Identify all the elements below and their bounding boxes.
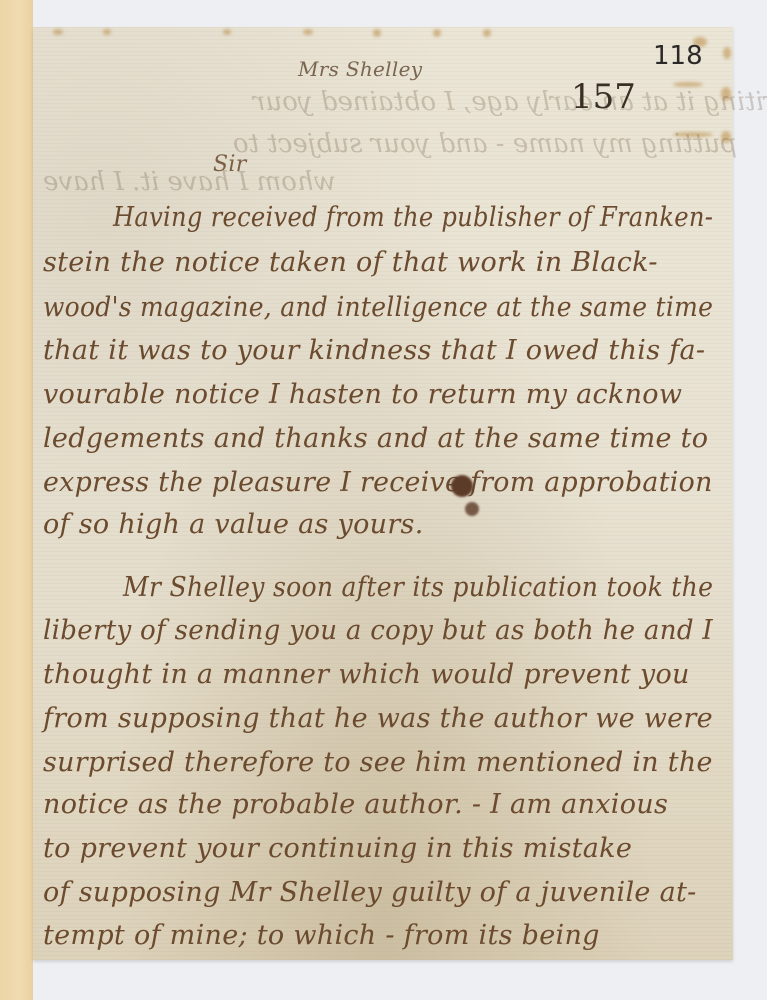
ink-blot xyxy=(465,502,479,516)
mount-strip xyxy=(0,0,33,1000)
foxing-spot xyxy=(483,29,491,37)
letter-line: Having received from the publisher of Fr… xyxy=(113,202,713,233)
foxing-spot xyxy=(433,29,441,37)
bleed-through-line: whom I have it. I have xyxy=(43,167,336,197)
letter-line: Mr Shelley soon after its publication to… xyxy=(123,572,713,603)
page-number: 157 xyxy=(571,77,636,117)
letter-line: thought in a manner which would prevent … xyxy=(43,659,690,690)
letter-line: to prevent your continuing in this mista… xyxy=(43,833,632,864)
letter-line: notice as the probable author. - I am an… xyxy=(43,789,668,820)
letter-line: surprised therefore to see him mentioned… xyxy=(43,747,713,778)
header-annotation: Mrs Shelley xyxy=(298,57,422,81)
letter-line: of supposing Mr Shelley guilty of a juve… xyxy=(43,877,697,908)
bleed-through-line: writing it at an early age, I obtained y… xyxy=(253,87,767,117)
letter-line: of so high a value as yours. xyxy=(43,509,424,540)
letter-line: liberty of sending you a copy but as bot… xyxy=(43,615,713,646)
foxing-spot xyxy=(53,29,63,35)
letter-line: vourable notice I hasten to return my ac… xyxy=(43,379,682,410)
manuscript-page: writing it at an early age, I obtained y… xyxy=(33,27,733,960)
foxing-spot xyxy=(103,29,111,35)
letter-line: stein the notice taken of that work in B… xyxy=(43,247,658,278)
salutation: Sir xyxy=(213,152,247,177)
letter-line: tempt of mine; to which - from its being xyxy=(43,920,600,951)
letter-line: that it was to your kindness that I owed… xyxy=(43,335,705,366)
letter-line: from supposing that he was the author we… xyxy=(43,703,713,734)
foxing-spot xyxy=(373,29,381,37)
letter-line: wood's magazine, and intelligence at the… xyxy=(43,292,713,323)
folio-number: 118 xyxy=(653,41,703,71)
ink-blot xyxy=(451,475,473,497)
bleed-through-line: putting my name - and your subject to xyxy=(233,129,737,159)
foxing-spot xyxy=(723,47,731,59)
foxing-spot xyxy=(223,29,231,35)
letter-line: ledgements and thanks and at the same ti… xyxy=(43,423,708,454)
letter-line: express the pleasure I receive from appr… xyxy=(43,467,713,498)
foxing-spot xyxy=(303,29,313,35)
